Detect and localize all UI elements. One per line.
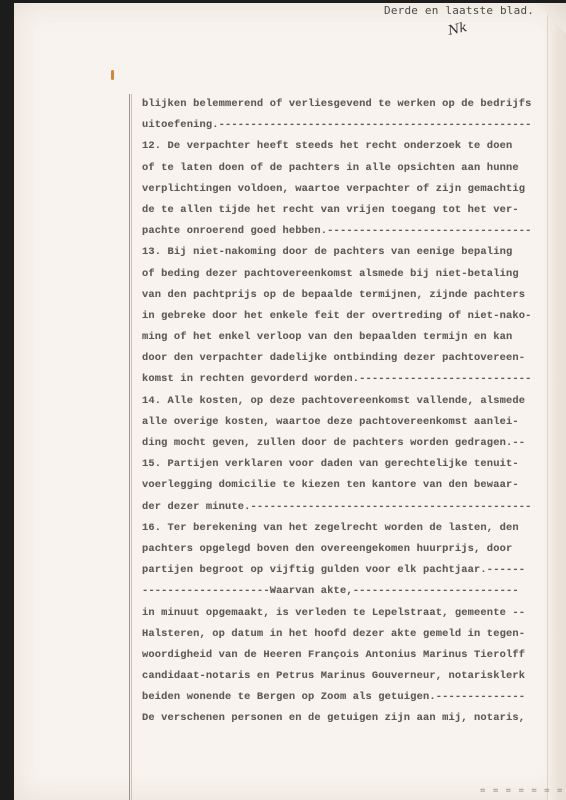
text-line: 15. Partijen verklaren voor daden van ge… xyxy=(142,454,556,475)
scanned-document: Derde en laatste blad. Nk blijken belemm… xyxy=(0,0,566,800)
text-line: der dezer minute.-----------------------… xyxy=(142,497,556,518)
typed-body: blijken belemmerend of verliesgevend te … xyxy=(142,94,556,730)
text-line: komst in rechten gevorderd worden.------… xyxy=(142,369,556,390)
folded-corner xyxy=(536,3,566,33)
text-line: candidaat-notaris en Petrus Marinus Gouv… xyxy=(142,666,556,687)
text-line: ding mocht geven, zullen door de pachter… xyxy=(142,433,556,454)
text-line: in minuut opgemaakt, is verleden te Lepe… xyxy=(142,603,556,624)
text-line: partijen begroot op vijftig gulden voor … xyxy=(142,560,556,581)
text-line: blijken belemmerend of verliesgevend te … xyxy=(142,94,556,115)
text-line: De verschenen personen en de getuigen zi… xyxy=(142,708,556,729)
text-line: voerlegging domicilie te kiezen ten kant… xyxy=(142,475,556,496)
text-line: Halsteren, op datum in het hoofd dezer a… xyxy=(142,624,556,645)
page-header: Derde en laatste blad. xyxy=(384,4,534,17)
text-line: van den pachtprijs op de bepaalde termij… xyxy=(142,285,556,306)
text-line: door den verpachter dadelijke ontbinding… xyxy=(142,348,556,369)
text-line: of beding dezer pachtovereenkomst alsmed… xyxy=(142,264,556,285)
text-line: 13. Bij niet-nakoming door de pachters v… xyxy=(142,242,556,263)
text-line: 14. Alle kosten, op deze pachtovereenkom… xyxy=(142,391,556,412)
text-line: de te allen tijde het recht van vrijen t… xyxy=(142,200,556,221)
margin-rule xyxy=(129,94,130,800)
continuation-marks: = = = = = = = xyxy=(480,786,563,796)
text-line: in gebreke door het enkele feit der over… xyxy=(142,306,556,327)
text-line: pachters opgelegd boven den overeengekom… xyxy=(142,539,556,560)
text-line: woordigheid van de Heeren François Anton… xyxy=(142,645,556,666)
text-line: --------------------Waarvan akte,-------… xyxy=(142,581,556,602)
text-line: uitoefening.----------------------------… xyxy=(142,115,556,136)
text-line: of te laten doen of de pachters in alle … xyxy=(142,158,556,179)
text-line: 16. Ter berekening van het zegelrecht wo… xyxy=(142,518,556,539)
text-line: alle overige kosten, waartoe deze pachto… xyxy=(142,412,556,433)
stain-mark xyxy=(111,70,114,80)
text-line: pachte onroerend goed hebben.-----------… xyxy=(142,221,556,242)
text-line: 12. De verpachter heeft steeds het recht… xyxy=(142,136,556,157)
text-line: beiden wonende te Bergen op Zoom als get… xyxy=(142,687,556,708)
text-line: verplichtingen voldoen, waartoe verpacht… xyxy=(142,179,556,200)
text-line: ming of het enkel verloop van den bepaal… xyxy=(142,327,556,348)
